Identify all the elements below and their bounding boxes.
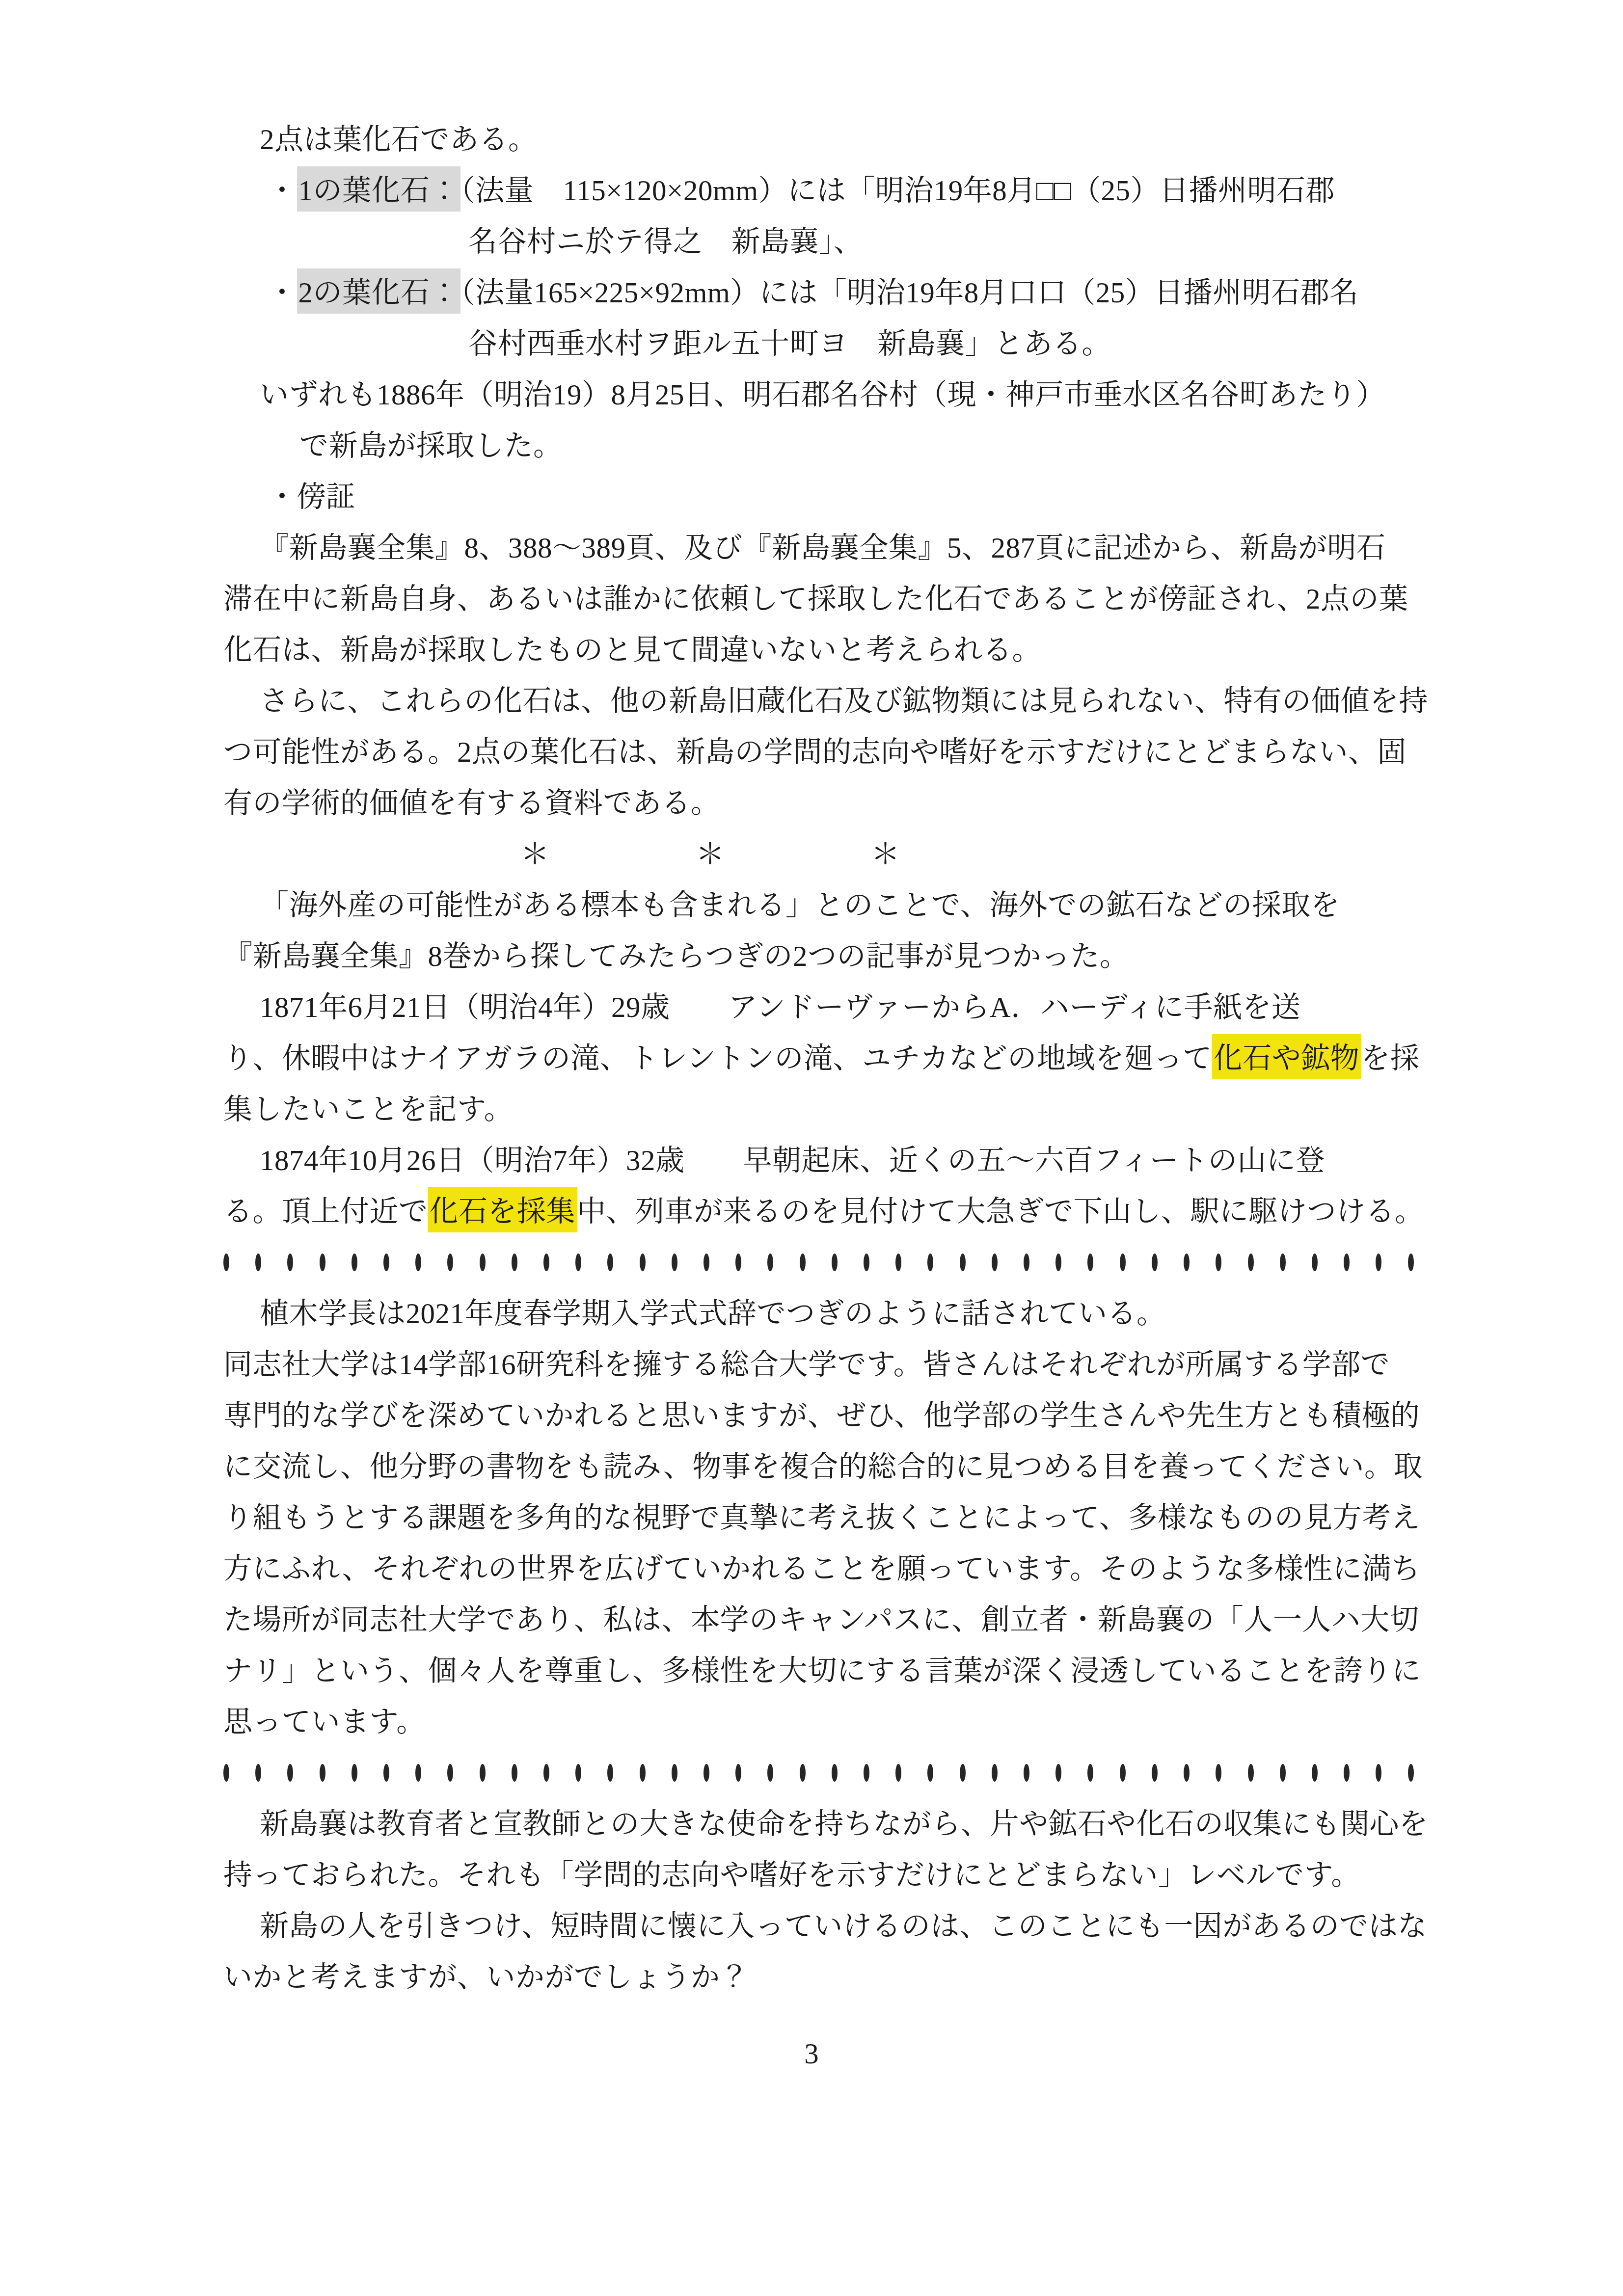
- text-line: で新島が採取した。: [0, 420, 1623, 471]
- text-line: 名谷村ニ於テ得之 新島襄」、: [0, 216, 1623, 267]
- separator-dot-icon: [415, 1764, 421, 1782]
- separator-dot-icon: [320, 1764, 325, 1782]
- separator-dot-icon: [992, 1254, 998, 1271]
- text-line: ・傍証: [0, 471, 1623, 522]
- dotted-separator: [0, 1747, 1623, 1798]
- text-line: 『新島襄全集』8、388〜389頁、及び『新島襄全集』5、287頁に記述から、新…: [0, 522, 1623, 573]
- highlighted-text-gray: 1の葉化石：: [297, 166, 461, 212]
- text-segment: 専門的な学びを深めていかれると思いますが、ぜひ、他学部の学生さんや先生方とも積極…: [223, 1399, 1420, 1432]
- separator-dot-icon: [1312, 1254, 1318, 1271]
- dotted-separator-dots: [223, 1254, 1414, 1271]
- separator-dot-icon: [352, 1764, 357, 1782]
- text-line: いかと考えますが、いかがでしょうか？: [0, 1951, 1623, 2002]
- text-line: 持っておられた。それも「学問的志向や嗜好を示すだけにとどまらない」レベルです。: [0, 1849, 1623, 1900]
- text-segment: 2点は葉化石である。: [260, 123, 538, 156]
- text-segment: 名谷村ニ於テ得之 新島襄」、: [468, 225, 863, 258]
- text-line: ・2の葉化石：（法量165×225×92mm）には「明治19年8月口口（25）日…: [0, 267, 1623, 318]
- separator-dot-icon: [672, 1254, 677, 1271]
- text-segment: 同志社大学は14学部16研究科を擁する総合大学です。皆さんはそれぞれが所属する学…: [223, 1348, 1390, 1381]
- text-line: 有の学術的価値を有する資料である。: [0, 777, 1623, 828]
- text-line: 方にふれ、それぞれの世界を広げていかれることを願っています。そのような多様性に満…: [0, 1543, 1623, 1594]
- separator-dot-icon: [864, 1764, 869, 1782]
- text-line: 同志社大学は14学部16研究科を擁する総合大学です。皆さんはそれぞれが所属する学…: [0, 1339, 1623, 1390]
- highlighted-text-gray: 2の葉化石：: [297, 268, 461, 314]
- separator-dot-icon: [767, 1764, 773, 1782]
- text-line: さらに、これらの化石は、他の新島旧蔵化石及び鉱物類には見られない、特有の価値を持: [0, 675, 1623, 726]
- separator-dot-icon: [895, 1764, 901, 1782]
- separator-dot-icon: [575, 1764, 581, 1782]
- separator-dot-icon: [1216, 1764, 1221, 1782]
- separator-dot-icon: [960, 1254, 966, 1271]
- separator-dot-icon: [832, 1254, 838, 1271]
- separator-dot-icon: [1087, 1764, 1093, 1782]
- text-line: 集したいことを記す。: [0, 1084, 1623, 1135]
- separator-dot-icon: [1184, 1764, 1190, 1782]
- separator-dot-icon: [703, 1254, 709, 1271]
- text-segment: 滞在中に新島自身、あるいは誰かに依頼して採取した化石であることが傍証され、2点の…: [223, 583, 1408, 615]
- text-line: 思っています。: [0, 1696, 1623, 1747]
- separator-dot-icon: [1376, 1254, 1381, 1271]
- text-segment: 「海外産の可能性がある標本も含まれる」とのことで、海外での鉱石などの採取を: [260, 889, 1340, 921]
- text-line: 新島の人を引きつけ、短時間に懐に入っていけるのは、このことにも一因があるのではな: [0, 1900, 1623, 1951]
- text-segment: さらに、これらの化石は、他の新島旧蔵化石及び鉱物類には見られない、特有の価値を持: [260, 685, 1428, 717]
- text-line: 『新島襄全集』8巻から探してみたらつぎの2つの記事が見つかった。: [0, 931, 1623, 982]
- separator-dot-icon: [960, 1764, 966, 1782]
- separator-dot-icon: [512, 1764, 517, 1782]
- text-segment: ・: [268, 276, 297, 309]
- text-segment: つ可能性がある。2点の葉化石は、新島の学問的志向や嗜好を示すだけにとどまらない、…: [223, 736, 1407, 768]
- separator-dot-icon: [255, 1764, 261, 1782]
- separator-dot-icon: [1184, 1254, 1190, 1271]
- separator-dot-icon: [575, 1254, 581, 1271]
- separator-dot-icon: [607, 1254, 613, 1271]
- text-line: 1871年6月21日（明治4年）29歳 アンドーヴァーからA．ハーディに手紙を送: [0, 982, 1623, 1033]
- highlighted-text-yellow: 化石を採集: [428, 1187, 577, 1232]
- text-line: 専門的な学びを深めていかれると思いますが、ぜひ、他学部の学生さんや先生方とも積極…: [0, 1390, 1623, 1441]
- text-segment: で新島が採取した。: [299, 429, 563, 462]
- separator-dot-icon: [223, 1254, 229, 1271]
- separator-dot-icon: [352, 1254, 357, 1271]
- separator-dot-icon: [640, 1764, 646, 1782]
- separator-dot-icon: [864, 1254, 869, 1271]
- text-line: 谷村西垂水村ヲ距ル五十町ヨ 新島襄」とある。: [0, 318, 1623, 369]
- separator-dot-icon: [1087, 1254, 1093, 1271]
- text-line: り組もうとする課題を多角的な視野で真摯に考え抜くことによって、多様なものの見方考…: [0, 1492, 1623, 1543]
- text-segment: 持っておられた。それも「学問的志向や嗜好を示すだけにとどまらない」レベルです。: [223, 1859, 1360, 1891]
- text-line: 2点は葉化石である。: [0, 114, 1623, 165]
- text-segment: 思っています。: [223, 1706, 426, 1738]
- text-line: つ可能性がある。2点の葉化石は、新島の学問的志向や嗜好を示すだけにとどまらない、…: [0, 726, 1623, 777]
- separator-dot-icon: [287, 1254, 293, 1271]
- separator-dot-icon: [512, 1254, 517, 1271]
- text-segment: 1874年10月26日（明治7年）32歳 早朝起床、近くの五〜六百フィートの山に…: [260, 1144, 1325, 1176]
- separator-dot-icon: [1216, 1254, 1221, 1271]
- separator-dot-icon: [320, 1254, 325, 1271]
- text-line: 「海外産の可能性がある標本も含まれる」とのことで、海外での鉱石などの採取を: [0, 880, 1623, 931]
- text-segment: を採: [1361, 1042, 1419, 1074]
- separator-dot-icon: [1280, 1764, 1286, 1782]
- separator-dot-icon: [992, 1764, 998, 1782]
- separator-dot-icon: [1152, 1764, 1158, 1782]
- separator-dot-icon: [1024, 1254, 1029, 1271]
- text-segment: 中、列車が来るのを見付けて大急ぎで下山し、駅に駆けつける。: [577, 1195, 1424, 1228]
- separator-dot-icon: [480, 1764, 486, 1782]
- separator-dot-icon: [1055, 1764, 1061, 1782]
- separator-dot-icon: [543, 1764, 549, 1782]
- dotted-separator-dots: [223, 1764, 1414, 1782]
- text-line: ・1の葉化石：（法量 115×120×20mm）には「明治19年8月□□（25）…: [0, 165, 1623, 216]
- separator-dot-icon: [1376, 1764, 1381, 1782]
- text-segment: ＊ ＊ ＊: [520, 838, 900, 870]
- text-line: り、休暇中はナイアガラの滝、トレントンの滝、ユチカなどの地域を廻って化石や鉱物を…: [0, 1033, 1623, 1084]
- separator-dot-icon: [383, 1764, 389, 1782]
- separator-dot-icon: [383, 1254, 389, 1271]
- separator-dot-icon: [767, 1254, 773, 1271]
- text-segment: 『新島襄全集』8、388〜389頁、及び『新島襄全集』5、287頁に記述から、新…: [260, 532, 1386, 564]
- separator-dot-icon: [927, 1764, 933, 1782]
- separator-dot-icon: [447, 1764, 453, 1782]
- text-segment: 新島の人を引きつけ、短時間に懐に入っていけるのは、このことにも一因があるのではな: [260, 1910, 1427, 1942]
- text-segment: 新島襄は教育者と宣教師との大きな使命を持ちながら、片や鉱石や化石の収集にも関心を: [260, 1808, 1428, 1840]
- text-segment: る。頂上付近で: [223, 1195, 428, 1228]
- separator-dot-icon: [255, 1254, 261, 1271]
- document-body: 2点は葉化石である。・1の葉化石：（法量 115×120×20mm）には「明治1…: [0, 0, 1623, 2002]
- text-segment: 有の学術的価値を有する資料である。: [223, 787, 720, 819]
- separator-dot-icon: [1120, 1764, 1126, 1782]
- separator-dot-icon: [1344, 1254, 1350, 1271]
- separator-dot-icon: [895, 1254, 901, 1271]
- dotted-separator: [0, 1237, 1623, 1288]
- text-line: 植木学長は2021年度春学期入学式式辞でつぎのように話されている。: [0, 1288, 1623, 1339]
- text-line: 新島襄は教育者と宣教師との大きな使命を持ちながら、片や鉱石や化石の収集にも関心を: [0, 1798, 1623, 1849]
- separator-dot-icon: [480, 1254, 486, 1271]
- text-segment: 1871年6月21日（明治4年）29歳 アンドーヴァーからA．ハーディに手紙を送: [260, 991, 1300, 1023]
- text-segment: 植木学長は2021年度春学期入学式式辞でつぎのように話されている。: [260, 1297, 1166, 1330]
- text-segment: ・: [268, 174, 297, 207]
- text-segment: 化石は、新島が採取したものと見て間違いないと考えられる。: [223, 634, 1041, 666]
- highlighted-text-yellow: 化石や鉱物: [1212, 1034, 1361, 1079]
- separator-dot-icon: [927, 1254, 933, 1271]
- text-line: 化石は、新島が採取したものと見て間違いないと考えられる。: [0, 624, 1623, 675]
- text-segment: いかと考えますが、いかがでしょうか？: [223, 1961, 749, 1993]
- separator-dot-icon: [1280, 1254, 1286, 1271]
- text-line: 1874年10月26日（明治7年）32歳 早朝起床、近くの五〜六百フィートの山に…: [0, 1135, 1623, 1186]
- text-segment: 方にふれ、それぞれの世界を広げていかれることを願っています。そのような多様性に満…: [223, 1552, 1420, 1585]
- separator-dot-icon: [1408, 1254, 1414, 1271]
- separator-dot-icon: [1152, 1254, 1158, 1271]
- separator-dot-icon: [800, 1764, 806, 1782]
- separator-dot-icon: [832, 1764, 838, 1782]
- separator-dot-icon: [735, 1764, 741, 1782]
- separator-dot-icon: [287, 1764, 293, 1782]
- separator-dot-icon: [1024, 1764, 1029, 1782]
- text-line: に交流し、他分野の書物をも読み、物事を複合的総合的に見つめる目を養ってください。…: [0, 1441, 1623, 1492]
- separator-dot-icon: [543, 1254, 549, 1271]
- separator-dot-icon: [1248, 1764, 1254, 1782]
- text-segment: いずれも1886年（明治19）8月25日、明石郡名谷村（現・神戸市垂水区名谷町あ…: [260, 378, 1385, 411]
- text-segment: 谷村西垂水村ヲ距ル五十町ヨ 新島襄」とある。: [468, 327, 1111, 360]
- text-segment: （法量 115×120×20mm）には「明治19年8月□□（25）日播州明石郡: [460, 174, 1335, 207]
- separator-dot-icon: [703, 1764, 709, 1782]
- text-segment: （法量165×225×92mm）には「明治19年8月口口（25）日播州明石郡名: [460, 276, 1359, 309]
- text-line: いずれも1886年（明治19）8月25日、明石郡名谷村（現・神戸市垂水区名谷町あ…: [0, 369, 1623, 420]
- separator-dot-icon: [1312, 1764, 1318, 1782]
- section-break-asterisks: ＊ ＊ ＊: [0, 828, 1623, 880]
- separator-dot-icon: [800, 1254, 806, 1271]
- text-segment: 集したいことを記す。: [223, 1093, 513, 1125]
- text-segment: ナリ」という、個々人を尊重し、多様性を大切にする言葉が深く浸透していることを誇り…: [223, 1655, 1421, 1687]
- text-segment: た場所が同志社大学であり、私は、本学のキャンパスに、創立者・新島襄の「人一人ハ大…: [223, 1603, 1419, 1636]
- separator-dot-icon: [672, 1764, 677, 1782]
- text-line: ナリ」という、個々人を尊重し、多様性を大切にする言葉が深く浸透していることを誇り…: [0, 1645, 1623, 1696]
- text-segment: に交流し、他分野の書物をも読み、物事を複合的総合的に見つめる目を養ってください。…: [223, 1450, 1423, 1483]
- text-line: 滞在中に新島自身、あるいは誰かに依頼して採取した化石であることが傍証され、2点の…: [0, 573, 1623, 624]
- text-line: る。頂上付近で化石を採集中、列車が来るのを見付けて大急ぎで下山し、駅に駆けつける…: [0, 1186, 1623, 1237]
- separator-dot-icon: [223, 1764, 229, 1782]
- separator-dot-icon: [735, 1254, 741, 1271]
- document-page: 2点は葉化石である。・1の葉化石：（法量 115×120×20mm）には「明治1…: [0, 0, 1623, 2296]
- separator-dot-icon: [447, 1254, 453, 1271]
- separator-dot-icon: [1248, 1254, 1254, 1271]
- separator-dot-icon: [1344, 1764, 1350, 1782]
- page-number: 3: [0, 2028, 1623, 2079]
- separator-dot-icon: [607, 1764, 613, 1782]
- separator-dot-icon: [1055, 1254, 1061, 1271]
- separator-dot-icon: [1120, 1254, 1126, 1271]
- text-segment: ・傍証: [268, 481, 355, 513]
- text-segment: り、休暇中はナイアガラの滝、トレントンの滝、ユチカなどの地域を廻って: [223, 1042, 1212, 1074]
- separator-dot-icon: [1408, 1764, 1414, 1782]
- text-segment: り組もうとする課題を多角的な視野で真摯に考え抜くことによって、多様なものの見方考…: [223, 1501, 1420, 1534]
- separator-dot-icon: [415, 1254, 421, 1271]
- text-segment: 『新島襄全集』8巻から探してみたらつぎの2つの記事が見つかった。: [223, 940, 1129, 972]
- text-line: た場所が同志社大学であり、私は、本学のキャンパスに、創立者・新島襄の「人一人ハ大…: [0, 1594, 1623, 1645]
- separator-dot-icon: [640, 1254, 646, 1271]
